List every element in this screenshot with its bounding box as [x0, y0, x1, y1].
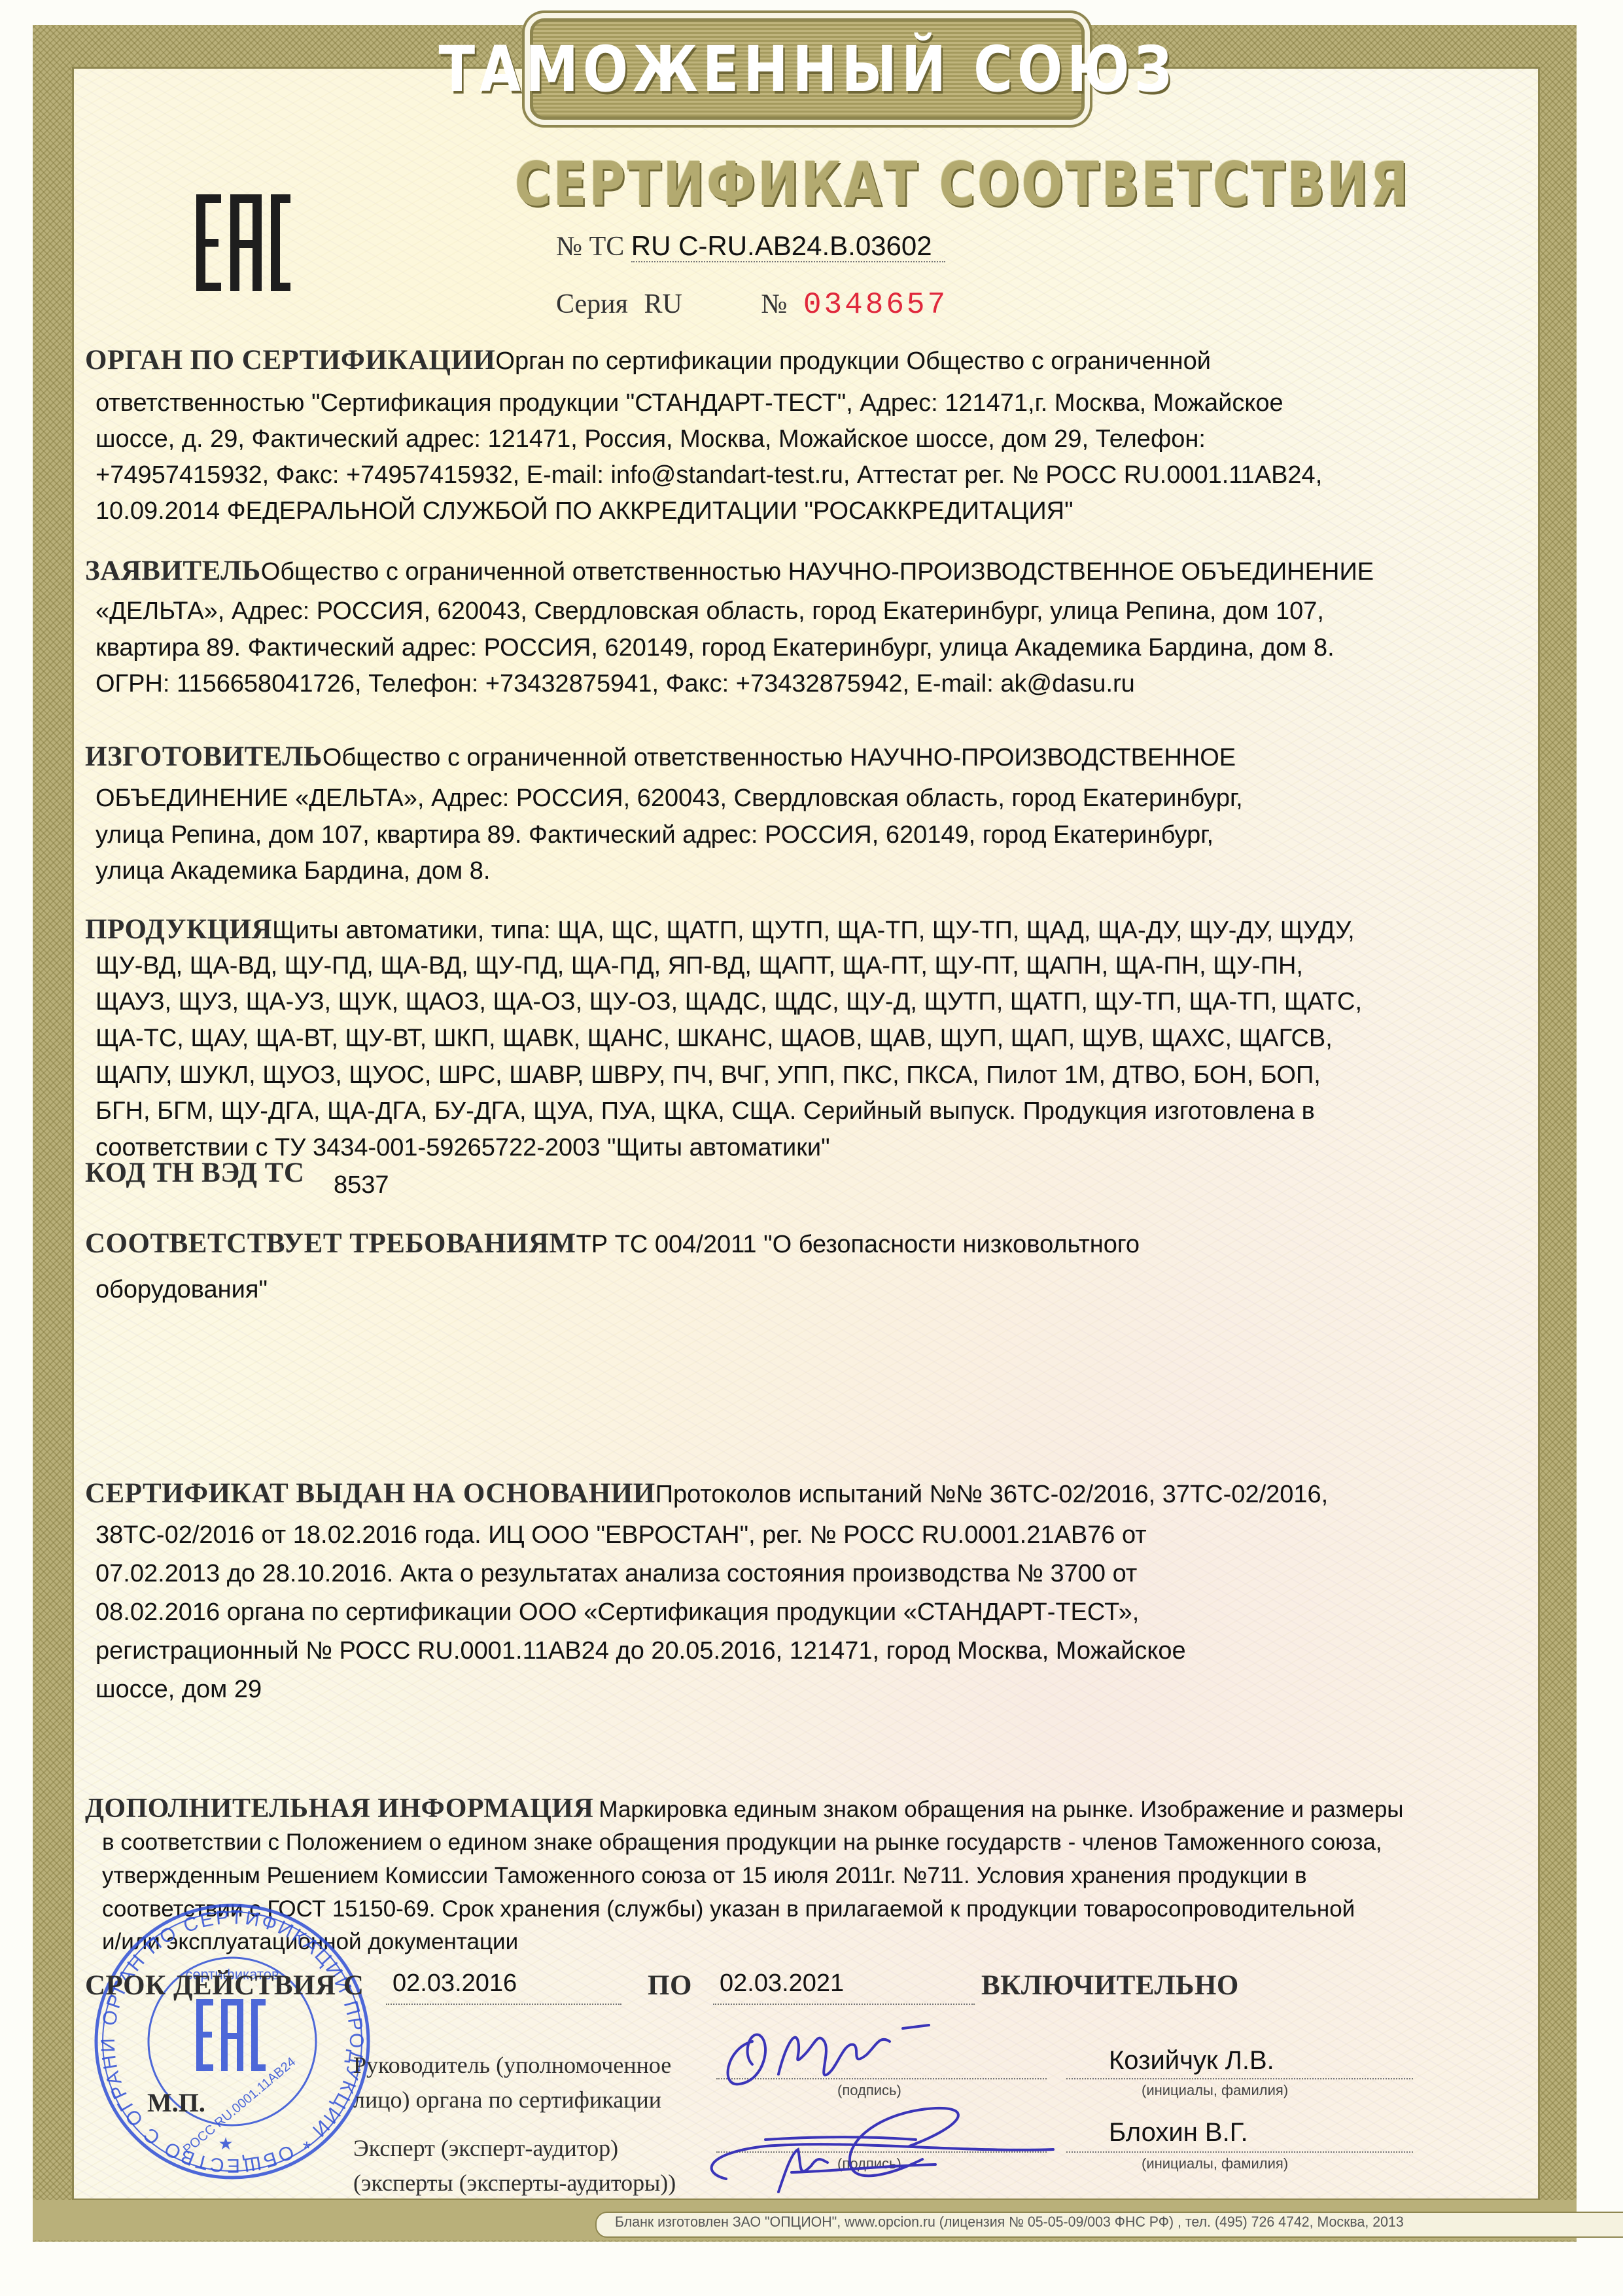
applicant-line: «ДЕЛЬТА», Адрес: РОССИЯ, 620043, Свердло…: [96, 597, 1324, 626]
manufacturer-section: ИЗГОТОВИТЕЛЬОбщество с ограниченной отве…: [85, 741, 1236, 773]
basis-line: регистрационный № РОСС RU.0001.11АВ24 до…: [96, 1637, 1186, 1665]
eac-logo-icon: [196, 194, 290, 291]
body-line: +74957415932, Факс: +74957415932, E-mail…: [96, 461, 1322, 489]
additional-line: утвержденным Решением Комиссии Таможенно…: [102, 1863, 1307, 1889]
product-section: ПРОДУКЦИЯЩиты автоматики, типа: ЩА, ЩС, …: [85, 913, 1355, 945]
validity-to: 02.03.2021: [720, 1969, 844, 1998]
product-line: ЩА-ТС, ЩАУ, ЩА-ВТ, ЩУ-ВТ, ШКП, ЩАВК, ЩАН…: [96, 1025, 1333, 1053]
product-line: ЩАПУ, ШУКЛ, ЩУОЗ, ЩУОС, ШРС, ШАВР, ШВРУ,…: [96, 1061, 1321, 1089]
expert-name: Блохин В.Г.: [1109, 2118, 1248, 2147]
basis-line: 08.02.2016 органа по сертификации ООО «С…: [96, 1598, 1139, 1627]
section-text: Маркировка единым знаком обращения на ры…: [599, 1797, 1403, 1822]
section-label: ОРГАН ПО СЕРТИФИКАЦИИ: [85, 345, 495, 376]
section-label: ИЗГОТОВИТЕЛЬ: [85, 741, 323, 772]
body-line: 10.09.2014 ФЕДЕРАЛЬНОЙ СЛУЖБОЙ ПО АККРЕД…: [96, 497, 1073, 525]
section-label: ДОПОЛНИТЕЛЬНАЯ ИНФОРМАЦИЯ: [85, 1793, 593, 1824]
product-line: ЩАУЗ, ЩУЗ, ЩА-УЗ, ЩУК, ЩАОЗ, ЩА-ОЗ, ЩУ-О…: [96, 988, 1362, 1016]
section-label: СООТВЕТСТВУЕТ ТРЕБОВАНИЯМ: [85, 1228, 576, 1259]
validity-from-line: [386, 2004, 621, 2005]
svg-text:★: ★: [218, 2134, 233, 2153]
head-label-2: лицо) органа по сертификации: [353, 2086, 661, 2113]
head-name-line: [1066, 2078, 1413, 2079]
expert-name-caption: (инициалы, фамилия): [1142, 2155, 1288, 2172]
applicant-line: ОГРН: 1156658041726, Телефон: +734328759…: [96, 670, 1135, 698]
series-label: Серия: [556, 289, 628, 319]
section-text: Общество с ограниченной ответственностью…: [261, 558, 1374, 586]
manufacturer-line: улица Репина, дом 107, квартира 89. Факт…: [96, 821, 1213, 849]
section-text: Щиты автоматики, типа: ЩА, ЩС, ЩАТП, ЩУТ…: [272, 917, 1355, 944]
product-line: ЩУ-ВД, ЩА-ВД, ЩУ-ПД, ЩА-ВД, ЩУ-ПД, ЩА-ПД…: [96, 952, 1303, 980]
requirements-line: оборудования": [96, 1276, 268, 1304]
expert-name-line: [1066, 2151, 1413, 2153]
certificate-number: RU C-RU.AB24.B.03602: [631, 230, 945, 262]
applicant-section: ЗАЯВИТЕЛЬОбщество с ограниченной ответст…: [85, 555, 1374, 587]
validity-to-line: [713, 2004, 975, 2005]
section-label: ЗАЯВИТЕЛЬ: [85, 556, 261, 586]
customs-union-banner: ТАМОЖЕННЫЙ СОЮЗ: [530, 18, 1085, 120]
section-text: Орган по сертификации продукции Общество…: [495, 347, 1211, 375]
seal-stamp-icon: ОРГАН ПО СЕРТИФИКАЦИИ ПРОДУКЦИИ * ОБЩЕСТ…: [92, 1901, 373, 2182]
basis-line: 07.02.2013 до 28.10.2016. Акта о результ…: [96, 1560, 1137, 1588]
series-row: Серия RU № 0348657: [556, 288, 948, 322]
section-text: Протоколов испытаний №№ 36ТС-02/2016, 37…: [655, 1481, 1329, 1508]
additional-info-section: ДОПОЛНИТЕЛЬНАЯ ИНФОРМАЦИЯМаркировка един…: [85, 1793, 1403, 1824]
certificate-page: ТАМОЖЕННЫЙ СОЮЗ СЕРТИФИКАТ СООТВЕТСТВИЯ …: [0, 0, 1623, 2296]
expert-label: Эксперт (эксперт-аудитор): [353, 2134, 618, 2162]
section-text: ТР ТС 004/2011 "О безопасности низковоль…: [576, 1231, 1140, 1258]
seal-label: М.П.: [147, 2087, 205, 2118]
section-label: СЕРТИФИКАТ ВЫДАН НА ОСНОВАНИИ: [85, 1478, 655, 1509]
section-label: ПРОДУКЦИЯ: [85, 914, 272, 945]
head-label: Руководитель (уполномоченное: [353, 2051, 671, 2079]
basis-line: шоссе, дом 29: [96, 1676, 262, 1704]
expert-signature-icon: [687, 2100, 1092, 2205]
validity-from: 02.03.2016: [393, 1969, 517, 1998]
validity-label: СРОК ДЕЙСТВИЯ С: [85, 1969, 364, 2002]
certification-body-section: ОРГАН ПО СЕРТИФИКАЦИИОрган по сертификац…: [85, 344, 1211, 376]
requirements-section: СООТВЕТСТВУЕТ ТРЕБОВАНИЯМТР ТС 004/2011 …: [85, 1227, 1140, 1260]
manufacturer-line: улица Академика Бардина, дом 8.: [96, 857, 490, 885]
validity-suffix: ВКЛЮЧИТЕЛЬНО: [981, 1969, 1239, 2002]
document-title: СЕРТИФИКАТ СООТВЕТСТВИЯ: [515, 149, 1092, 219]
serial-label: №: [761, 289, 787, 319]
head-name-caption: (инициалы, фамилия): [1142, 2082, 1288, 2099]
certificate-number-row: № ТС RU C-RU.AB24.B.03602: [556, 230, 945, 262]
hs-code-label: КОД ТН ВЭД ТС: [85, 1157, 304, 1189]
body-line: ответственностью "Сертификация продукции…: [96, 389, 1283, 417]
hs-code-value: 8537: [334, 1171, 389, 1199]
head-name: Козийчук Л.В.: [1109, 2046, 1274, 2075]
banner-title: ТАМОЖЕННЫЙ СОЮЗ: [438, 33, 1176, 106]
manufacturer-line: ОБЪЕДИНЕНИЕ «ДЕЛЬТА», Адрес: РОССИЯ, 620…: [96, 785, 1243, 813]
number-label: № ТС: [556, 232, 624, 262]
section-text: Общество с ограниченной ответственностью…: [323, 744, 1236, 771]
footer-text: Бланк изготовлен ЗАО "ОПЦИОН", www.opcio…: [615, 2214, 1404, 2231]
body-line: шоссе, д. 29, Фактический адрес: 121471,…: [96, 425, 1206, 453]
expert-label-2: (эксперты (эксперты-аудиторы)): [353, 2169, 676, 2197]
head-signature-icon: [713, 2015, 1027, 2100]
basis-section: СЕРТИФИКАТ ВЫДАН НА ОСНОВАНИИПротоколов …: [85, 1477, 1328, 1510]
additional-line: в соответствии с Положением о едином зна…: [102, 1829, 1382, 1856]
product-line: БГН, БГМ, ЩУ-ДГА, ЩА-ДГА, БУ-ДГА, ЩУА, П…: [96, 1097, 1315, 1125]
applicant-line: квартира 89. Фактический адрес: РОССИЯ, …: [96, 634, 1335, 662]
serial-number: 0348657: [803, 288, 948, 322]
validity-to-label: ПО: [648, 1969, 692, 2002]
series-value: RU: [644, 289, 682, 319]
basis-line: 38ТС-02/2016 от 18.02.2016 года. ИЦ ООО …: [96, 1521, 1147, 1549]
